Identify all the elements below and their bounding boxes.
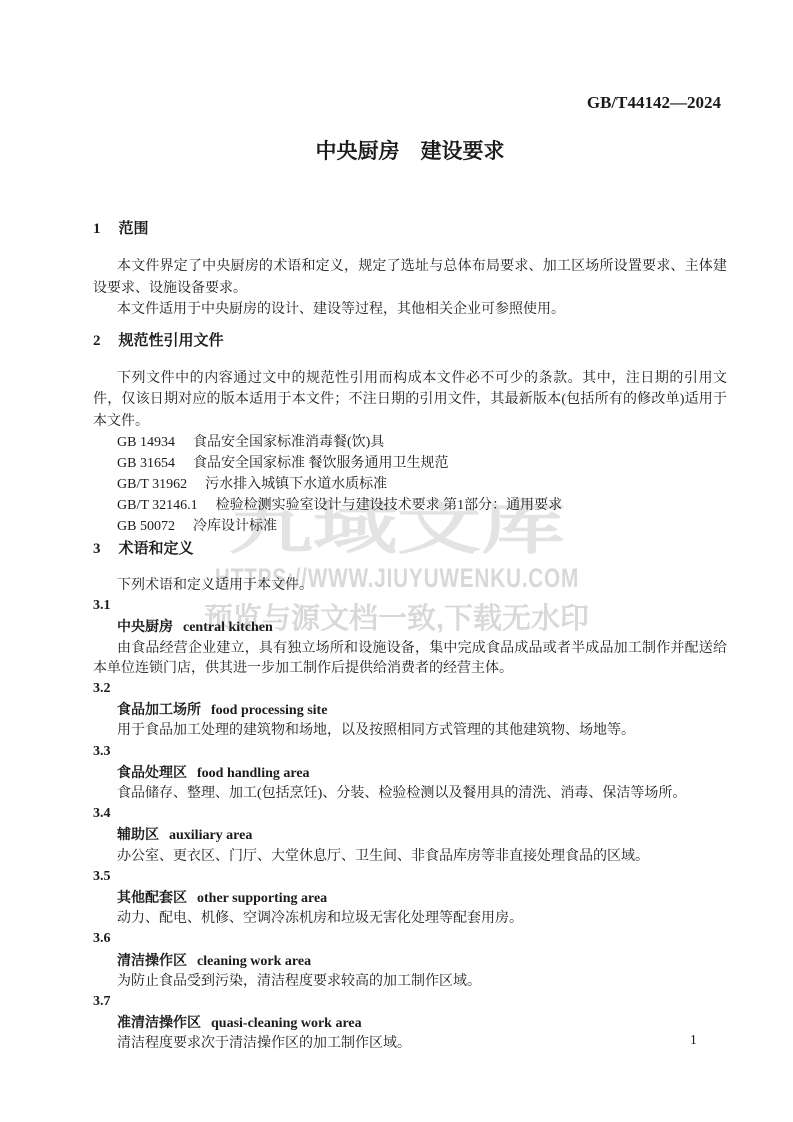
terms-intro: 下列术语和定义适用于本文件。: [93, 576, 727, 596]
term-title: 其他配套区other supporting area: [93, 887, 727, 909]
reference-code: GB/T 32146.1: [117, 498, 198, 513]
section-number: 2: [93, 333, 101, 349]
term-number: 3.4: [93, 804, 727, 824]
reference-item: GB/T 31962污水排入城镇下水道水质标准: [93, 474, 727, 495]
term-entry: 3.5 其他配套区other supporting area 动力、配电、机修、…: [93, 867, 727, 930]
term-name-zh: 其他配套区: [117, 889, 187, 905]
term-name-en: other supporting area: [197, 891, 327, 906]
normative-paragraph: 下列文件中的内容通过文中的规范性引用而构成本文件必不可少的条款。其中，注日期的引…: [93, 368, 727, 433]
term-title: 清洁操作区cleaning work area: [93, 950, 727, 972]
section-heading-scope: 1范围: [93, 219, 727, 239]
section-name: 术语和定义: [119, 540, 194, 557]
term-entry: 3.4 辅助区auxiliary area 办公室、更衣区、门厅、大堂休息厅、卫…: [93, 804, 727, 867]
section-name: 规范性引用文件: [119, 332, 224, 349]
term-entry: 3.2 食品加工场所food processing site 用于食品加工处理的…: [93, 679, 727, 742]
term-name-en: food handling area: [197, 766, 310, 781]
terms-list: 下列术语和定义适用于本文件。 3.1 中央厨房central kitchen 由…: [93, 576, 727, 1055]
term-title: 准清洁操作区quasi-cleaning work area: [93, 1012, 727, 1034]
term-definition: 为防止食品受到污染，清洁程度要求较高的加工制作区域。: [93, 972, 727, 992]
term-definition: 食品储存、整理、加工(包括烹饪)、分装、检验检测以及餐用具的清洗、消毒、保洁等场…: [93, 784, 727, 804]
term-name-en: food processing site: [211, 703, 327, 718]
term-entry: 3.1 中央厨房central kitchen 由食品经营企业建立，具有独立场所…: [93, 596, 727, 679]
reference-item: GB 14934食品安全国家标准消毒餐(饮)具: [93, 432, 727, 453]
reference-code: GB 50072: [117, 519, 175, 534]
term-entry: 3.3 食品处理区food handling area 食品储存、整理、加工(包…: [93, 742, 727, 805]
term-definition: 动力、配电、机修、空调冷冻机房和垃圾无害化处理等配套用房。: [93, 909, 727, 929]
term-name-en: cleaning work area: [197, 954, 311, 969]
term-entry: 3.6 清洁操作区cleaning work area 为防止食品受到污染，清洁…: [93, 929, 727, 992]
reference-title: 冷库设计标准: [193, 519, 277, 534]
reference-code: GB 31654: [117, 456, 175, 471]
normative-paragraphs: 下列文件中的内容通过文中的规范性引用而构成本文件必不可少的条款。其中，注日期的引…: [93, 368, 727, 433]
term-entry: 3.7 准清洁操作区quasi-cleaning work area 清洁程度要…: [93, 992, 727, 1055]
reference-code: GB 14934: [117, 435, 175, 450]
term-title: 食品处理区food handling area: [93, 762, 727, 784]
reference-item: GB/T 32146.1检验检测实验室设计与建设技术要求 第1部分：通用要求: [93, 495, 727, 516]
section-name: 范围: [119, 220, 149, 237]
reference-item: GB 31654食品安全国家标准 餐饮服务通用卫生规范: [93, 453, 727, 474]
term-title: 食品加工场所food processing site: [93, 699, 727, 721]
section-number: 1: [93, 221, 101, 237]
term-name-zh: 食品处理区: [117, 764, 187, 780]
term-definition: 清洁程度要求次于清洁操作区的加工制作区域。: [93, 1034, 727, 1054]
term-number: 3.6: [93, 929, 727, 949]
scope-paragraph-2: 本文件适用于中央厨房的设计、建设等过程，其他相关企业可参照使用。: [93, 299, 727, 321]
document-title: 中央厨房 建设要求: [93, 139, 727, 165]
term-number: 3.1: [93, 596, 727, 616]
scope-paragraphs: 本文件界定了中央厨房的术语和定义，规定了选址与总体布局要求、加工区场所设置要求、…: [93, 256, 727, 321]
term-number: 3.3: [93, 742, 727, 762]
term-name-en: central kitchen: [183, 620, 273, 635]
term-name-zh: 清洁操作区: [117, 952, 187, 968]
term-name-en: auxiliary area: [169, 828, 252, 843]
term-number: 3.2: [93, 679, 727, 699]
term-name-en: quasi-cleaning work area: [211, 1016, 362, 1031]
term-number: 3.7: [93, 992, 727, 1012]
standard-number: GB/T44142—2024: [93, 93, 721, 112]
term-name-zh: 中央厨房: [117, 618, 173, 634]
reference-title: 检验检测实验室设计与建设技术要求 第1部分：通用要求: [216, 498, 563, 513]
term-name-zh: 食品加工场所: [117, 701, 201, 717]
document-page: 九域文库 HTTPS://WWW.JIUYUWENKU.COM 预览与源文档一致…: [0, 0, 793, 1122]
reference-title: 污水排入城镇下水道水质标准: [205, 477, 387, 492]
term-definition: 用于食品加工处理的建筑物和场地，以及按照相同方式管理的其他建筑物、场地等。: [93, 721, 727, 741]
section-heading-terms: 3术语和定义: [93, 539, 727, 559]
page-number: 1: [690, 1032, 697, 1047]
term-title: 中央厨房central kitchen: [93, 616, 727, 638]
scope-paragraph-1: 本文件界定了中央厨房的术语和定义，规定了选址与总体布局要求、加工区场所设置要求、…: [93, 256, 727, 299]
page-content: GB/T44142—2024 中央厨房 建设要求 1范围 本文件界定了中央厨房的…: [0, 0, 793, 1122]
section-heading-normative-references: 2规范性引用文件: [93, 331, 727, 351]
term-name-zh: 准清洁操作区: [117, 1014, 201, 1030]
term-name-zh: 辅助区: [117, 826, 159, 842]
term-number: 3.5: [93, 867, 727, 887]
reference-code: GB/T 31962: [117, 477, 187, 492]
reference-list: GB 14934食品安全国家标准消毒餐(饮)具 GB 31654食品安全国家标准…: [93, 432, 727, 537]
reference-item: GB 50072冷库设计标准: [93, 516, 727, 537]
reference-title: 食品安全国家标准 餐饮服务通用卫生规范: [193, 456, 449, 471]
term-definition: 办公室、更衣区、门厅、大堂休息厅、卫生间、非食品库房等非直接处理食品的区域。: [93, 847, 727, 867]
term-definition: 由食品经营企业建立，具有独立场所和设施设备，集中完成食品成品或者半成品加工制作并…: [93, 639, 727, 679]
reference-title: 食品安全国家标准消毒餐(饮)具: [193, 435, 384, 450]
section-number: 3: [93, 541, 101, 557]
term-title: 辅助区auxiliary area: [93, 824, 727, 846]
